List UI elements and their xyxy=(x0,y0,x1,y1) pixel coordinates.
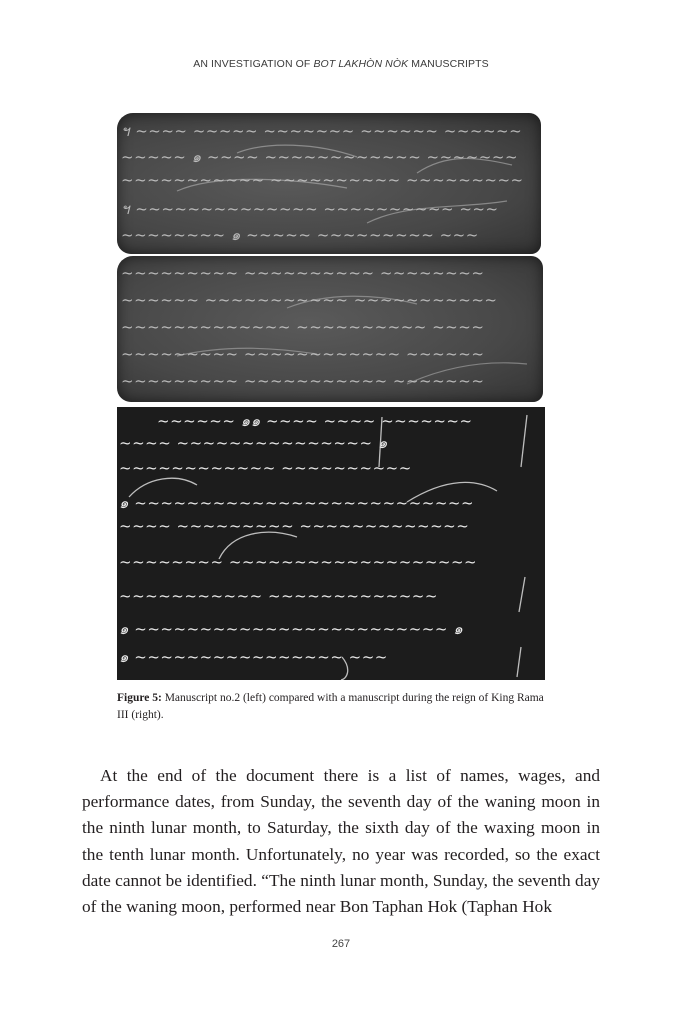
script-line: ~~~~~~~~~ ~~~~~~~~~~~ ~~~~~~~ xyxy=(117,372,543,396)
rama-iii-manuscript-image: ~~~~~~ ๑๑ ~~~~ ~~~~ ~~~~~~~ ~~~~ ~~~~~~~… xyxy=(117,407,545,680)
running-head-suffix: MANUSCRIPTS xyxy=(408,58,489,70)
page-number: 267 xyxy=(0,938,682,950)
running-head: AN INVESTIGATION OF BOT LAKHÒN NÒK MANUS… xyxy=(0,58,682,70)
manuscript-no2-leaf-bottom-image: ~~~~~~~~~ ~~~~~~~~~~ ~~~~~~~~ ~~~~~~ ~~~… xyxy=(117,256,543,402)
script-line: ๑ ~~~~~~~~~~~~~~~~~~~~~~~~ ๑ xyxy=(119,617,545,641)
script-line: ~~~~~ ๑ ~~~~ ~~~~~~~~~~~~ ~~~~~~~ xyxy=(117,145,541,169)
script-line: ๑ ~~~~~~~~~~~~~~~~~~~~~~~~~~ xyxy=(119,491,545,515)
caption-text: Manuscript no.2 (left) compared with a m… xyxy=(117,692,544,721)
script-line: ~~~~~~~~ ๑ ~~~~~ ~~~~~~~~~ ~~~ xyxy=(117,223,541,247)
script-line: ~~~~~~~~~~~~~ ~~~~~~~~~~ ~~~~ xyxy=(117,318,543,342)
script-line: ~~~~~~~~~~~~ ~~~~~~~~~~ xyxy=(119,459,545,483)
script-line: ~~~~~~ ~~~~~~~~~~~ ~~~~~~~~~~~ xyxy=(117,291,543,315)
manuscript-no2-leaf-top-image: ฯ ~~~~ ~~~~~ ~~~~~~~ ~~~~~~ ~~~~~~ ~~~~~… xyxy=(117,113,541,254)
running-head-title-italic: BOT LAKHÒN NÒK xyxy=(313,58,408,70)
script-line: ~~~~~~~~~~~ ~~~~~~~~~~ ~~~~~~~~~ xyxy=(117,171,541,195)
script-line: ~~~~~~~~~ ~~~~~~~~~~~~ ~~~~~~ xyxy=(117,345,543,369)
script-line: ~~~~~~ ๑๑ ~~~~ ~~~~ ~~~~~~~ xyxy=(157,409,545,433)
script-line: ~~~~ ~~~~~~~~~~~~~~~ ๑ xyxy=(119,431,545,455)
script-line: ~~~~ ~~~~~~~~~ ~~~~~~~~~~~~~ xyxy=(119,517,545,541)
running-head-prefix: AN INVESTIGATION OF xyxy=(193,58,313,70)
body-paragraph: At the end of the document there is a li… xyxy=(82,763,600,920)
script-line: ~~~~~~~~~~~ ~~~~~~~~~~~~~ xyxy=(119,587,545,611)
figure-caption: Figure 5: Manuscript no.2 (left) compare… xyxy=(117,690,557,724)
caption-label: Figure 5: xyxy=(117,692,162,704)
script-line: ๑ ~~~~~~~~~~~~~~~~ ~~~ xyxy=(119,645,545,669)
script-line: ฯ ~~~~ ~~~~~ ~~~~~~~ ~~~~~~ ~~~~~~ xyxy=(117,119,541,143)
body-text: At the end of the document there is a li… xyxy=(82,763,600,920)
script-line: ฯ ~~~~~~~~~~~~~~ ~~~~~~~~~~ ~~~ xyxy=(117,197,541,221)
script-line: ~~~~~~~~~ ~~~~~~~~~~ ~~~~~~~~ xyxy=(117,264,543,288)
script-line: ~~~~~~~~ ~~~~~~~~~~~~~~~~~~~ xyxy=(119,553,545,577)
figure-5: ฯ ~~~~ ~~~~~ ~~~~~~~ ~~~~~~ ~~~~~~ ~~~~~… xyxy=(117,113,545,681)
